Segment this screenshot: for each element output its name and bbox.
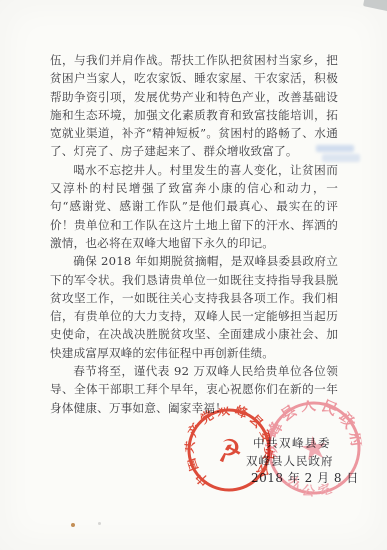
paper-speck — [71, 523, 75, 527]
scan-corner-artifact — [363, 0, 387, 12]
star-icon: ★ — [297, 427, 331, 469]
scanned-letter-page: 伍，与我们并肩作战。帮扶工作队把贫困村当家乡，把贫困户当家人，吃农家饭、睡农家屋… — [0, 0, 387, 550]
hammer-sickle-icon: ☭ — [213, 432, 246, 471]
paper-speck — [98, 522, 101, 525]
government-seal: 双峰县人民政府 ★ 办公室 — [260, 394, 368, 502]
paragraph-2: 喝水不忘挖井人。村里发生的喜人变化，让贫困而又淳朴的村民增强了致富奔小康的信心和… — [50, 161, 338, 252]
paragraph-3: 确保 2018 年如期脱贫摘帽，是双峰县委县政府立下的军令状。我们恳请贵单位一如… — [50, 252, 338, 362]
letter-body: 伍，与我们并肩作战。帮扶工作队把贫困村当家乡，把贫困户当家人，吃农家饭、睡农家屋… — [50, 51, 338, 417]
party-seal: 中国共产党双峰县委员会 ☭ — [179, 400, 279, 500]
paragraph-1: 伍，与我们并肩作战。帮扶工作队把贫困村当家乡，把贫困户当家人，吃农家饭、睡农家屋… — [50, 51, 338, 161]
seal-office-text: 办公室 — [282, 467, 340, 502]
